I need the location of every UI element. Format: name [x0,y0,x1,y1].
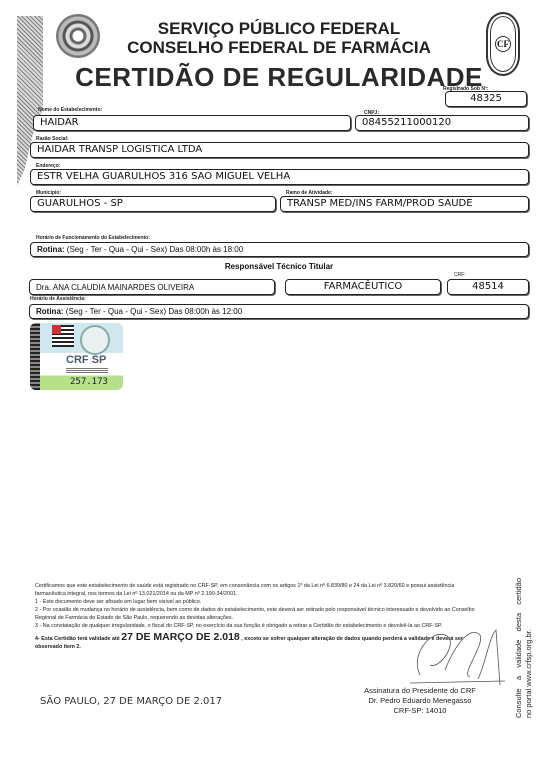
signature-crf: CRF-SP: 14010 [340,706,500,716]
responsible-crf-field: 48514 [447,279,529,295]
responsible-role-field: FARMACÊUTICO [285,279,441,295]
handwritten-signature-icon [400,615,510,690]
rotina-label: Rotina: [37,245,65,254]
operating-hours-label: Horário de Funcionamento do Estabelecime… [36,235,150,241]
address-field: ESTR VELHA GUARULHOS 316 SAO MIGUEL VELH… [30,169,529,185]
notes-item-1: 1 - Este documento deve ser afixado em l… [35,598,475,606]
header-line2: CONSELHO FEDERAL DE FARMÁCIA [0,38,558,58]
place-date: SÃO PAULO, 27 DE MARÇO DE 2.017 [40,696,222,707]
assistance-hours-field: Rotina: (Seg - Ter - Qua - Qui - Sex) Da… [29,304,529,319]
signature-block: Assinatura do Presidente do CRF Dr. Pedr… [340,686,500,716]
operating-hours-field: Rotina: (Seg - Ter - Qua - Qui - Sex) Da… [30,242,529,257]
validity-check-note: Consulte a validade desta certidão no po… [514,578,534,718]
notes-intro: Certificamos que este estabelecimento de… [35,582,475,598]
city-field: GUARULHOS - SP [30,196,276,212]
header-line1: SERVIÇO PÚBLICO FEDERAL [0,19,558,39]
razao-social-field: HAIDAR TRANSP LOGISTICA LTDA [30,142,529,158]
barcode-strip [30,323,40,390]
crf-sp-seal-stamp: CRF SP 257.173 [30,323,123,390]
activity-field: TRANSP MED/INS FARM/PROD SAUDE [280,196,529,212]
establishment-name-label: Nome do Estabelecimento: [38,107,102,113]
cnpj-field: 08455211000120 [355,115,529,131]
rotina-label: Rotina: [36,307,64,316]
operating-hours-value: (Seg - Ter - Qua - Qui - Sex) Das 08:00h… [67,245,243,254]
registration-number-field: 48325 [445,91,527,107]
sao-paulo-flag-icon [52,325,74,347]
assistance-hours-value: (Seg - Ter - Qua - Qui - Sex) Das 08:00h… [66,307,242,316]
pharmacy-cup-icon [80,325,110,355]
establishment-name-field: HAIDAR [33,115,351,131]
responsible-name-field: Dra. ANA CLAUDIA MAINARDES OLIVEIRA [29,279,275,295]
stamp-title: CRF SP [66,354,106,366]
signature-title: Assinatura do Presidente do CRF [340,686,500,696]
stamp-number: 257.173 [70,377,108,387]
validity-date: 27 DE MARÇO DE 2.018 [121,631,239,643]
signature-name: Dr. Pedro Eduardo Menegasso [340,696,500,706]
responsible-heading: Responsável Técnico Titular [0,262,558,271]
assistance-hours-label: Horário de Assistência: [30,296,86,302]
crf-label: CRF: [454,272,466,278]
